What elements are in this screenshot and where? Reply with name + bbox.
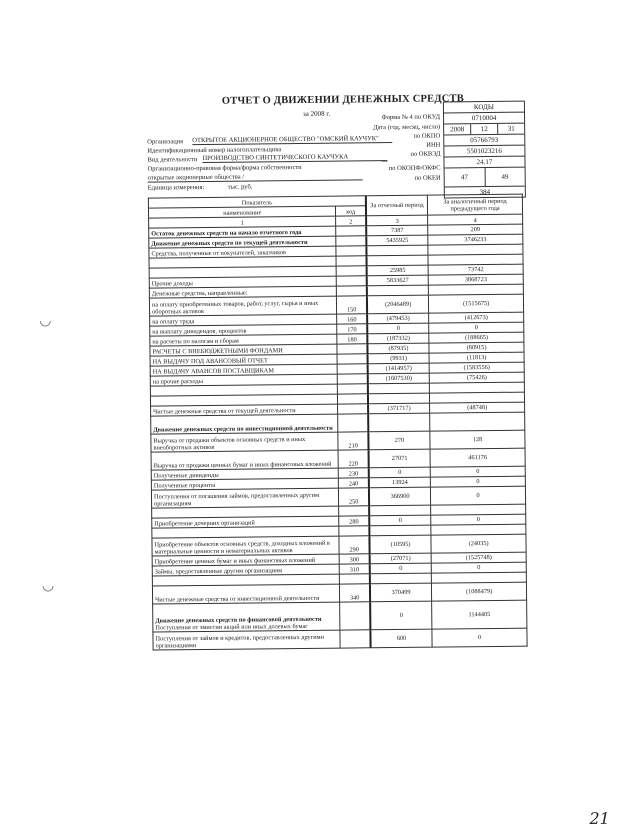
- row-current-value: [366, 245, 428, 256]
- row-current-value: 0: [367, 323, 429, 334]
- taxid-label: Идентификационный номер налогоплательщик…: [147, 146, 281, 154]
- row-current-value: [367, 285, 429, 296]
- legal-form-label: Организационно-правовая форма/форма собс…: [148, 164, 302, 173]
- row-previous-value: [430, 412, 525, 431]
- row-code: [339, 526, 369, 536]
- row-current-value: (2046489): [367, 295, 429, 314]
- row-code: 240: [339, 478, 369, 488]
- okfs-code: 49: [484, 168, 525, 186]
- row-code: 220: [338, 450, 368, 468]
- row-name: Поступления от займов и кредитов, предос…: [153, 630, 341, 650]
- row-current-value: [369, 505, 431, 516]
- row-current-value: 0: [370, 601, 432, 630]
- row-current-value: 370499: [370, 583, 432, 602]
- document-page: ОТЧЕТ О ДВИЖЕНИИ ДЕНЕЖНЫХ СРЕДСТВ за 200…: [0, 0, 623, 840]
- row-current-value: 366900: [369, 487, 431, 506]
- row-name: на оплату приобретенных товаров, работ, …: [149, 296, 337, 316]
- row-code: [337, 266, 367, 276]
- activity-label: Вид деятельности: [147, 156, 197, 164]
- row-current-value: (1414957): [367, 363, 429, 374]
- row-name: Чистые денежные средства от инвестиционн…: [152, 584, 340, 604]
- date-label: Дата (год, месяц, число): [357, 124, 440, 132]
- row-code: 180: [337, 334, 367, 344]
- row-current-value: (87935): [367, 343, 429, 354]
- row-name: Поступления от погашения займов, предост…: [151, 488, 339, 508]
- row-current-value: (479453): [367, 313, 429, 324]
- row-current-value: [368, 413, 430, 432]
- row-code: [337, 354, 367, 364]
- row-code: [338, 404, 368, 414]
- cash-flow-table: Показатель За отчетный период За аналоги…: [148, 194, 528, 651]
- row-current-value: [370, 573, 432, 584]
- header-current: За отчетный период: [366, 195, 428, 216]
- unit-value: тыс. руб.: [228, 183, 253, 190]
- date-year: 2008: [444, 124, 470, 134]
- row-current-value: 5435925: [366, 235, 428, 246]
- row-previous-value: 128: [430, 430, 525, 449]
- row-code: [338, 374, 368, 384]
- row-current-value: (27071): [369, 553, 431, 564]
- row-current-value: (9931): [367, 353, 429, 364]
- row-code: [338, 394, 368, 404]
- row-name: Приобретение объектов основных средств, …: [152, 536, 340, 556]
- row-previous-value: (24035): [431, 534, 526, 553]
- hole-punch-mark: ◡: [39, 313, 51, 330]
- row-previous-value: (1088479): [432, 582, 527, 601]
- row-code: [338, 364, 368, 374]
- row-code: [336, 246, 366, 256]
- row-code: 150: [337, 296, 367, 314]
- row-current-value: 5833627: [367, 275, 429, 286]
- row-code: 310: [340, 564, 370, 574]
- row-code: [337, 286, 367, 296]
- row-name: Выручка от продажи объектов основных сре…: [151, 432, 339, 452]
- row-current-value: [368, 393, 430, 404]
- inn-code: 5501023216: [444, 146, 524, 157]
- row-code: 160: [337, 314, 367, 324]
- row-code: 290: [339, 536, 369, 554]
- row-previous-value: 0: [432, 628, 527, 647]
- row-code: [336, 236, 366, 246]
- row-code: [336, 226, 366, 236]
- row-current-value: 0: [369, 467, 431, 478]
- okopf-code: 47: [445, 168, 485, 186]
- row-current-value: 0: [369, 515, 431, 526]
- row-code: [340, 602, 370, 630]
- row-current-value: 600: [370, 629, 432, 648]
- row-code: [340, 574, 370, 584]
- okved-code: 24.17: [444, 157, 524, 168]
- table-row: Движение денежных средств по финансовой …: [153, 600, 527, 632]
- row-current-value: [366, 255, 428, 266]
- date-month: 12: [470, 124, 497, 134]
- activity-value: ПРОИЗВОДСТВО СИНТЕТИЧЕСКОГО КАУЧУКА: [202, 153, 387, 163]
- row-previous-value: 0: [431, 486, 526, 505]
- row-code: 300: [340, 554, 370, 564]
- header-previous: За аналогичный период предыдущего года: [428, 194, 523, 215]
- row-current-value: 27071: [368, 449, 430, 468]
- row-current-value: [368, 383, 430, 394]
- row-code: [337, 344, 367, 354]
- row-code: [338, 414, 368, 432]
- row-code: [337, 276, 367, 286]
- legal-form-value: открытые акционерные общества /: [148, 172, 363, 182]
- org-label: Организация: [147, 138, 183, 145]
- row-current-value: (187332): [367, 333, 429, 344]
- row-previous-value: 461176: [430, 448, 525, 467]
- okud-code: 0710004: [444, 113, 524, 124]
- report-period: за 2008 г.: [303, 110, 330, 118]
- codes-header: КОДЫ: [444, 102, 524, 113]
- okpo-code: 05766793: [444, 135, 524, 146]
- row-current-value: (371717): [368, 403, 430, 414]
- header-col-3: 3: [366, 215, 428, 226]
- page-number: 21: [589, 809, 610, 828]
- row-current-value: [369, 525, 431, 536]
- row-code: [338, 384, 368, 394]
- row-current-value: 270: [368, 431, 430, 450]
- unit-label: Единица измерения:: [148, 184, 205, 192]
- row-current-value: (1607530): [368, 373, 430, 384]
- header-code: код: [336, 206, 366, 216]
- row-code: [340, 630, 370, 648]
- row-name: Выручка от продажи ценных бумаг и иных ф…: [151, 450, 339, 470]
- codes-box: КОДЫ 0710004 20081231 05766793 550102321…: [443, 101, 526, 199]
- row-code: [339, 506, 369, 516]
- table-row: Поступления от займов и кредитов, предос…: [153, 628, 527, 650]
- row-code: 210: [338, 432, 368, 450]
- row-name: Движение денежных средств по финансовой …: [153, 602, 341, 632]
- row-code: [336, 256, 366, 266]
- row-code: 250: [339, 488, 369, 506]
- row-code: 280: [339, 516, 369, 526]
- row-current-value: 7387: [366, 225, 428, 236]
- row-current-value: 0: [370, 563, 432, 574]
- header-col-2: 2: [336, 216, 366, 226]
- hole-punch-mark: ◡: [42, 578, 54, 595]
- row-current-value: 13924: [369, 477, 431, 488]
- form-label: Форма № 4 по ОКУД: [357, 114, 440, 122]
- okei-label: по ОКЕИ: [378, 175, 441, 183]
- row-current-value: 25985: [366, 265, 428, 276]
- row-current-value: (10595): [369, 535, 431, 554]
- row-code: 340: [340, 584, 370, 602]
- report-title: ОТЧЕТ О ДВИЖЕНИИ ДЕНЕЖНЫХ СРЕДСТВ: [222, 93, 464, 107]
- row-name: Движение денежных средств по инвестицион…: [151, 414, 339, 434]
- org-value: ОТКРЫТОЕ АКЦИОНЕРНОЕ ОБЩЕСТВО "ОМСКИЙ КА…: [192, 135, 392, 145]
- date-day: 31: [497, 124, 524, 134]
- row-code: 230: [339, 468, 369, 478]
- row-code: 170: [337, 324, 367, 334]
- okopf-label: по ОКОПФ/ОКФС: [358, 165, 441, 173]
- row-previous-value: (1515675): [429, 294, 524, 313]
- row-previous-value: 1144405: [432, 600, 527, 629]
